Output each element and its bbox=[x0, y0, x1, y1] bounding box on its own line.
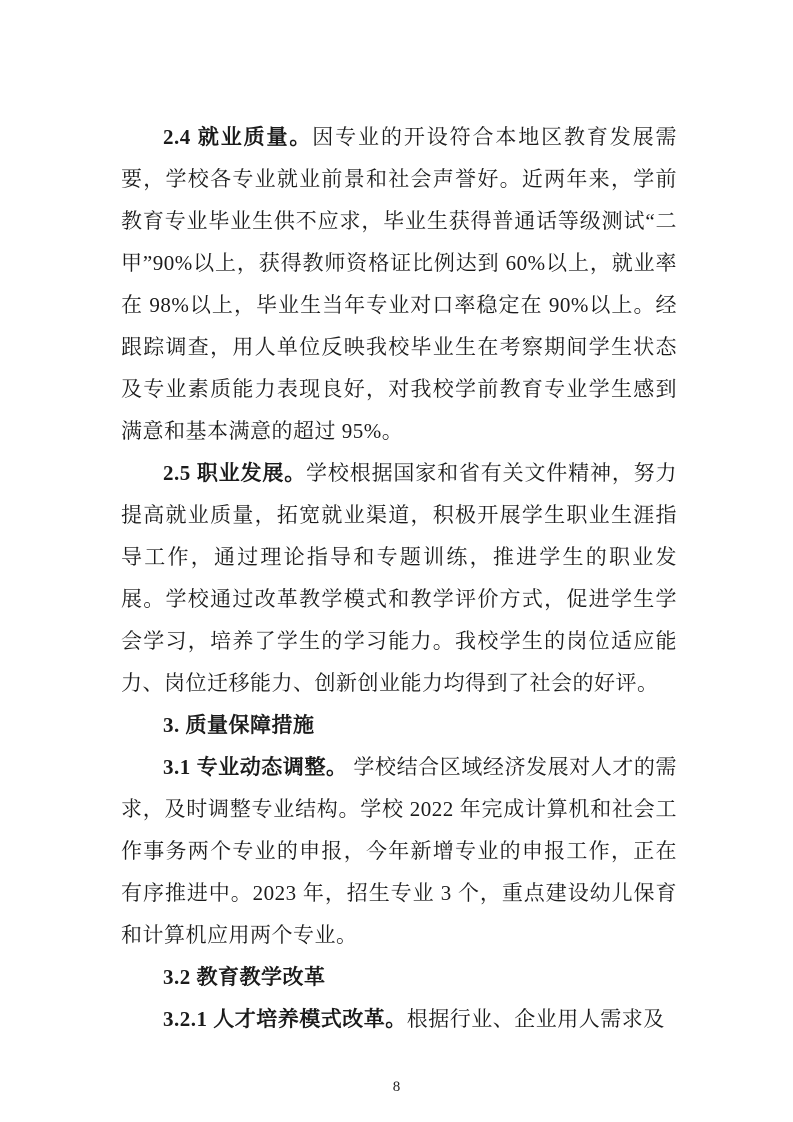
page-number: 8 bbox=[0, 1077, 793, 1097]
paragraph-employment-quality: 2.4 就业质量。因专业的开设符合本地区教育发展需要，学校各专业就业前景和社会声… bbox=[121, 116, 677, 452]
section-heading-3-1: 3.1 专业动态调整。 bbox=[163, 755, 348, 779]
section-heading-2-5: 2.5 职业发展。 bbox=[163, 461, 306, 485]
document-body-text: 2.4 就业质量。因专业的开设符合本地区教育发展需要，学校各专业就业前景和社会声… bbox=[121, 116, 677, 1040]
paragraph-career-development: 2.5 职业发展。学校根据国家和省有关文件精神，努力提高就业质量，拓宽就业渠道，… bbox=[121, 452, 677, 704]
heading-quality-assurance: 3. 质量保障措施 bbox=[121, 704, 677, 746]
paragraph-text: 学校结合区域经济发展对人才的需求，及时调整专业结构。学校 2022 年完成计算机… bbox=[121, 755, 677, 947]
section-heading-3-2: 3.2 教育教学改革 bbox=[163, 965, 326, 989]
paragraph-program-adjustment: 3.1 专业动态调整。 学校结合区域经济发展对人才的需求，及时调整专业结构。学校… bbox=[121, 746, 677, 956]
section-heading-2-4: 2.4 就业质量。 bbox=[163, 125, 312, 149]
paragraph-text: 学校根据国家和省有关文件精神，努力提高就业质量，拓宽就业渠道，积极开展学生职业生… bbox=[121, 461, 677, 695]
document-page: 2.4 就业质量。因专业的开设符合本地区教育发展需要，学校各专业就业前景和社会声… bbox=[0, 0, 793, 1122]
paragraph-text: 因专业的开设符合本地区教育发展需要，学校各专业就业前景和社会声誉好。近两年来，学… bbox=[121, 125, 677, 443]
paragraph-text: 根据行业、企业用人需求及 bbox=[407, 1007, 665, 1031]
paragraph-talent-training-reform: 3.2.1 人才培养模式改革。根据行业、企业用人需求及 bbox=[121, 998, 677, 1040]
heading-education-reform: 3.2 教育教学改革 bbox=[121, 956, 677, 998]
section-heading-3: 3. 质量保障措施 bbox=[163, 713, 315, 737]
section-heading-3-2-1: 3.2.1 人才培养模式改革。 bbox=[163, 1007, 407, 1031]
